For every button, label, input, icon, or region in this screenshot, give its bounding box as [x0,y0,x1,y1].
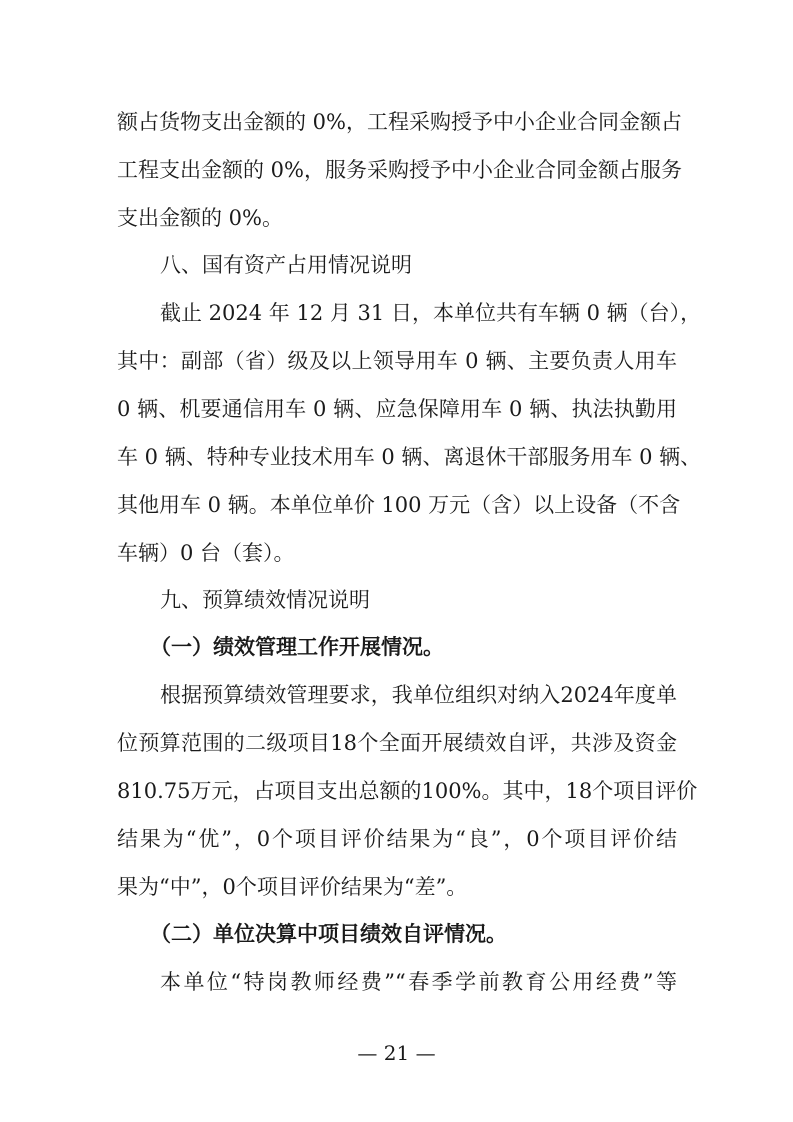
paragraph-line: 位预算范围的二级项目18个全面开展绩效自评，共涉及资金 [117,729,677,757]
paragraph-line: 根据预算绩效管理要求，我单位组织对纳入2024年度单 [160,681,677,709]
paragraph-line: 支出金额的 0%。 [117,204,677,232]
paragraph-line: 工程支出金额的 0%，服务采购授予中小企业合同金额占服务 [117,156,677,184]
page-number: — 21 — [0,1040,793,1066]
section-heading-8: 八、国有资产占用情况说明 [160,251,412,279]
paragraph-line: 额占货物支出金额的 0%，工程采购授予中小企业合同金额占 [117,108,677,136]
paragraph-line: 0 辆、机要通信用车 0 辆、应急保障用车 0 辆、执法执勤用 [117,395,677,423]
paragraph-line: 本单位“特岗教师经费”“春季学前教育公用经费”等 [160,968,677,996]
subsection-heading-1: （一）绩效管理工作开展情况。 [150,633,444,661]
section-heading-9: 九、预算绩效情况说明 [160,586,370,614]
paragraph-line: 果为“中”，0个项目评价结果为“差”。 [117,873,677,901]
paragraph-line: 截止 2024 年 12 月 31 日，本单位共有车辆 0 辆（台）， [160,299,677,327]
subsection-heading-2: （二）单位决算中项目绩效自评情况。 [150,920,507,948]
paragraph-line: 结果为“优”，0个项目评价结果为“良”，0个项目评价结 [117,825,677,853]
document-page: 额占货物支出金额的 0%，工程采购授予中小企业合同金额占 工程支出金额的 0%，… [0,0,793,1122]
paragraph-line: 其中：副部（省）级及以上领导用车 0 辆、主要负责人用车 [117,347,677,375]
paragraph-line: 车 0 辆、特种专业技术用车 0 辆、离退休干部服务用车 0 辆、 [117,443,677,471]
paragraph-line: 其他用车 0 辆。本单位单价 100 万元（含）以上设备（不含 [117,491,677,519]
paragraph-line: 车辆）0 台（套）。 [117,539,677,567]
paragraph-line: 810.75万元，占项目支出总额的100%。其中，18个项目评价 [117,777,677,805]
